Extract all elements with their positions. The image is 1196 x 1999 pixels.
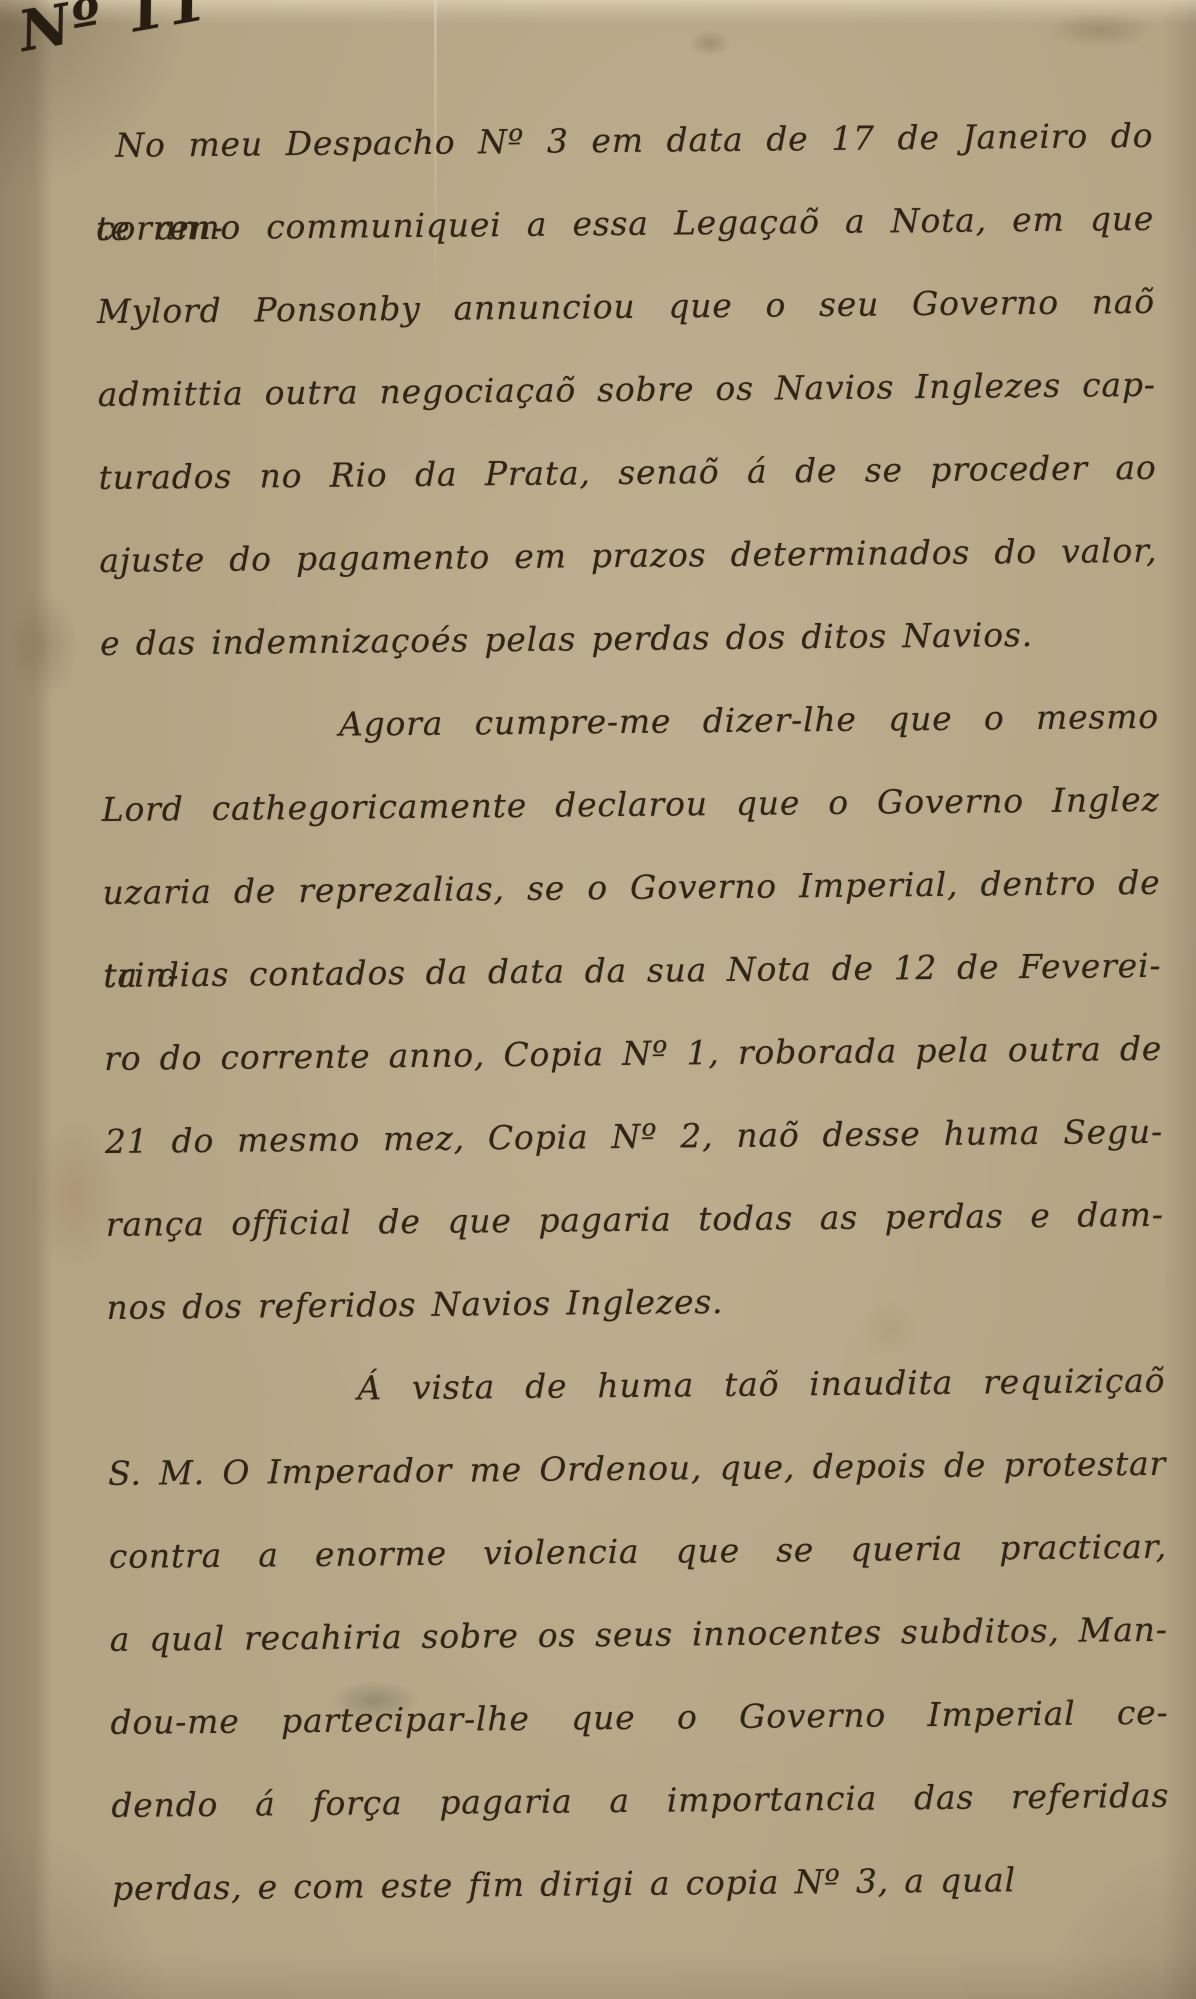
manuscript-line: Agora cumpre-me dizer-lhe que o mesmo xyxy=(101,675,1160,768)
manuscript-line: rança official de que pagaria todas as p… xyxy=(105,1173,1164,1266)
paragraph: No meu Despacho Nº 3 em data de 17 de Ja… xyxy=(95,94,1159,685)
manuscript-line: uzaria de reprezalias, se o Governo Impe… xyxy=(102,841,1161,934)
manuscript-line: ro do corrente anno, Copia Nº 1, roborad… xyxy=(104,1007,1163,1100)
stain xyxy=(8,590,78,700)
manuscript-line: dou-me partecipar-lhe que o Governo Impe… xyxy=(110,1671,1169,1764)
paragraph: Agora cumpre-me dizer-lhe que o mesmoLor… xyxy=(101,675,1165,1349)
manuscript-line: ta dias contados da data da sua Nota de … xyxy=(103,924,1162,1017)
manuscript-line: No meu Despacho Nº 3 em data de 17 de Ja… xyxy=(95,94,1154,187)
manuscript-body: No meu Despacho Nº 3 em data de 17 de Ja… xyxy=(95,94,1170,1930)
manuscript-line: Mylord Ponsonby annunciou que o seu Gove… xyxy=(97,260,1156,353)
manuscript-line: 21 do mesmo mez, Copia Nº 2, naõ desse h… xyxy=(105,1090,1164,1183)
manuscript-line: turados no Rio da Prata, senaõ á de se p… xyxy=(98,426,1157,519)
manuscript-line: nos dos referidos Navios Inglezes. xyxy=(106,1256,1165,1349)
manuscript-line: Á vista de huma taõ inaudita requiziçaõ xyxy=(107,1339,1166,1432)
manuscript-line: te anno communiquei a essa Legaçaõ a Not… xyxy=(96,177,1155,270)
manuscript-line: dendo á força pagaria a importancia das … xyxy=(111,1754,1170,1847)
manuscript-line: admittia outra negociaçaõ sobre os Navio… xyxy=(97,343,1156,436)
manuscript-line: S. M. O Imperador me Ordenou, que, depoi… xyxy=(108,1422,1167,1515)
manuscript-line: ajuste do pagamento em prazos determinad… xyxy=(99,509,1158,602)
stain xyxy=(1040,10,1160,50)
paragraph: Á vista de huma taõ inaudita requiziçaõS… xyxy=(107,1339,1171,1930)
stain xyxy=(690,30,730,56)
manuscript-line: contra a enorme violencia que se queria … xyxy=(109,1505,1168,1598)
manuscript-line: e das indemnizaçoés pelas perdas dos dit… xyxy=(100,592,1159,685)
manuscript-page: Nº 11 No meu Despacho Nº 3 em data de 17… xyxy=(0,0,1196,1999)
document-number: Nº 11 xyxy=(14,0,214,65)
manuscript-line: a qual recahiria sobre os seus innocente… xyxy=(109,1588,1168,1681)
manuscript-line: perdas, e com este fim dirigi a copia Nº… xyxy=(112,1837,1171,1930)
manuscript-line: Lord cathegoricamente declarou que o Gov… xyxy=(101,758,1160,851)
